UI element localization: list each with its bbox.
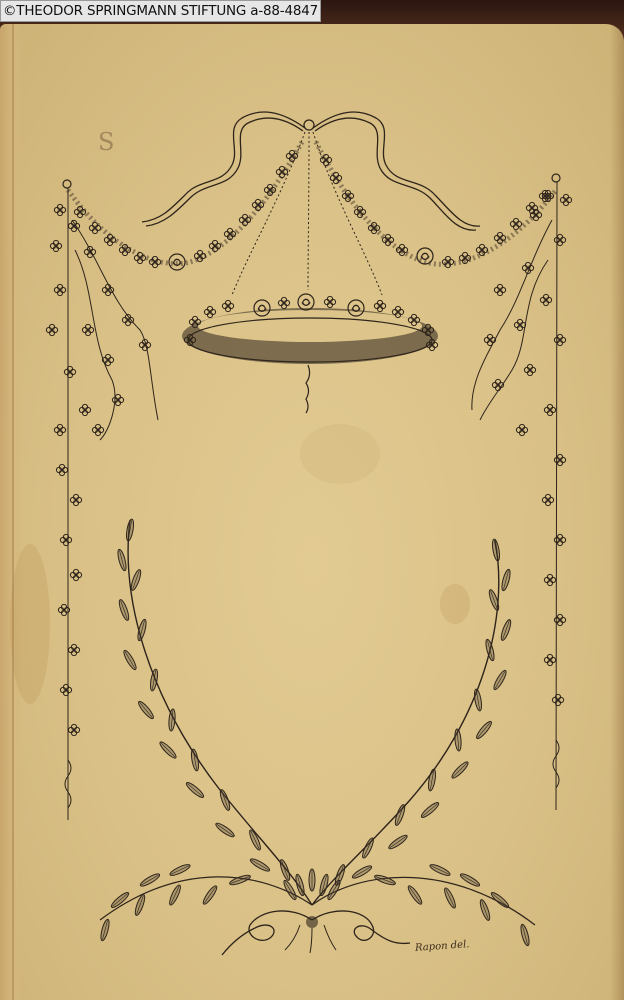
vine-left <box>46 180 158 820</box>
hanging-floral-wreath <box>182 294 438 413</box>
laurel-branch-right <box>312 539 535 947</box>
flower-garland-left <box>68 142 302 270</box>
copyright-watermark: ©THEODOR SPRINGMANN STIFTUNG a-88-4847 <box>0 0 321 22</box>
laurel-branch-left <box>99 519 312 942</box>
engraving-artwork <box>0 0 624 1000</box>
ribbon-bow <box>142 112 480 230</box>
vine-right <box>472 174 572 810</box>
